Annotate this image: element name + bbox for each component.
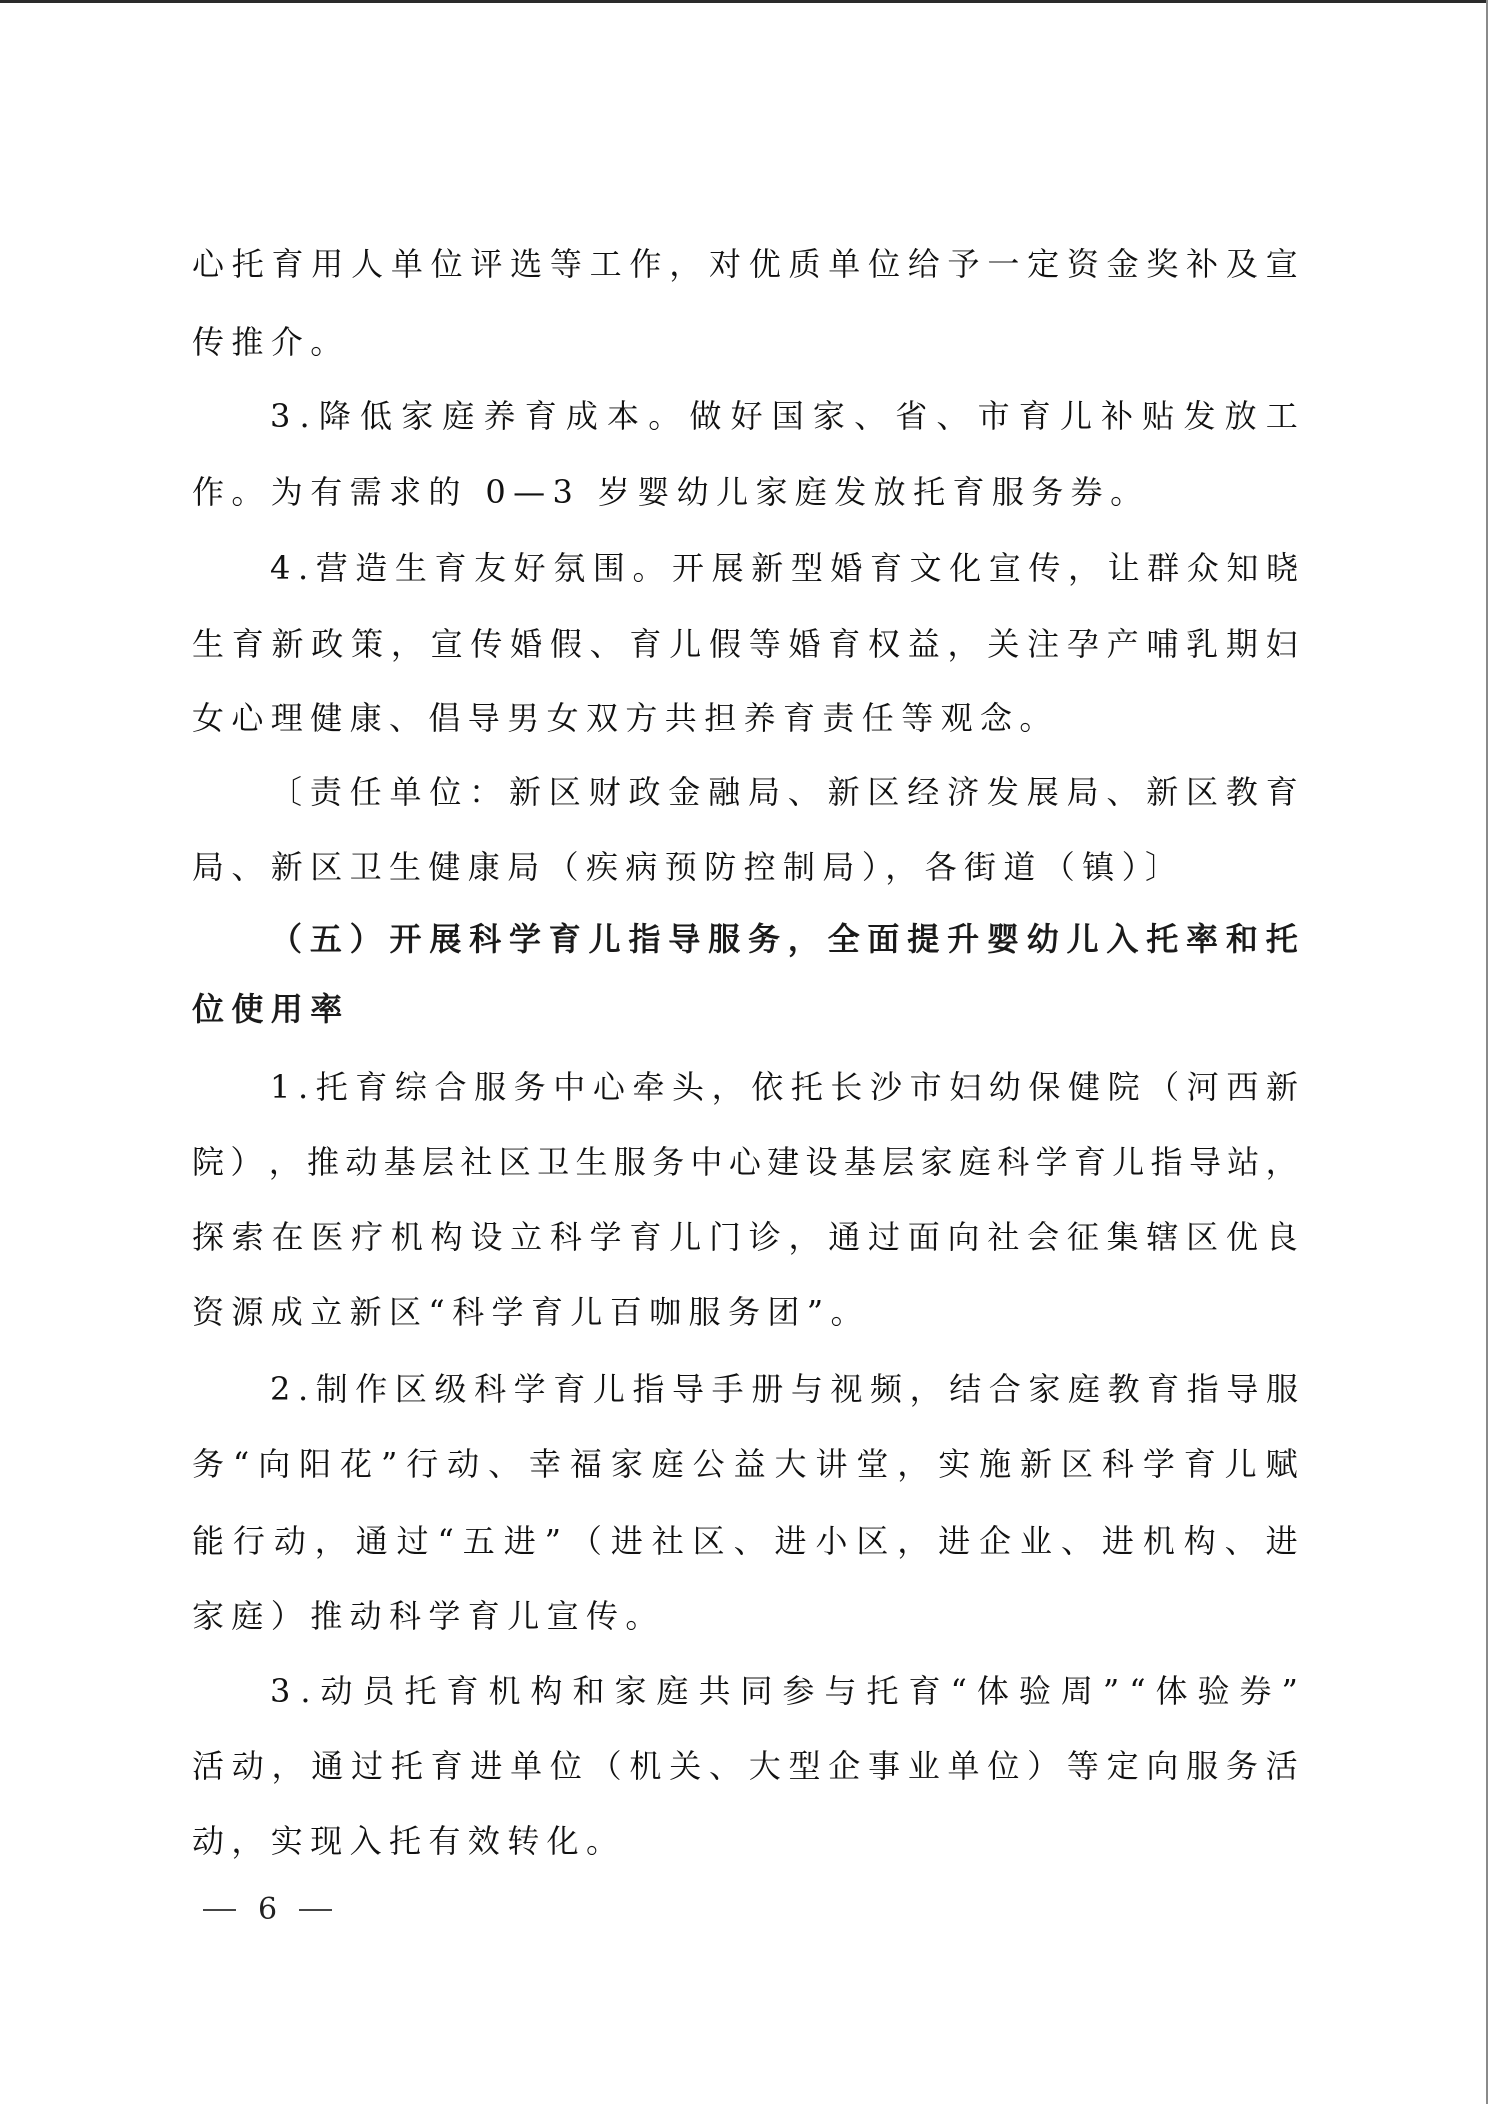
body-text-line: 务“向阳花”行动、幸福家庭公益大讲堂，实施新区科学育儿赋 <box>192 1442 1298 1486</box>
page-number-dash-right <box>299 1909 332 1911</box>
body-text-line: 院），推动基层社区卫生服务中心建设基层家庭科学育儿指导站， <box>192 1140 1298 1184</box>
responsible-units-line: 〔责任单位：新区财政金融局、新区经济发展局、新区教育 <box>270 770 1298 814</box>
list-item-3-line: 3.动员托育机构和家庭共同参与托育“体验周”“体验券” <box>270 1669 1298 1713</box>
list-item-2-line: 2.制作区级科学育儿指导手册与视频，结合家庭教育指导服 <box>270 1367 1298 1411</box>
body-text-line: 生育新政策，宣传婚假、育儿假等婚育权益，关注孕产哺乳期妇 <box>192 622 1298 666</box>
document-page: 心托育用人单位评选等工作，对优质单位给予一定资金奖补及宣 传推介。 3.降低家庭… <box>0 0 1488 2104</box>
body-text-line: 传推介。 <box>192 320 1298 364</box>
responsible-units-line: 局、新区卫生健康局（疾病预防控制局），各街道（镇）〕 <box>192 845 1298 889</box>
body-text-line: 女心理健康、倡导男女双方共担养育责任等观念。 <box>192 696 1298 740</box>
section-heading: 位使用率 <box>192 987 1298 1031</box>
body-text-line: 心托育用人单位评选等工作，对优质单位给予一定资金奖补及宣 <box>192 242 1298 286</box>
body-text-line: 作。为有需求的 0—3 岁婴幼儿家庭发放托育服务券。 <box>192 470 1298 514</box>
body-text-line: 探索在医疗机构设立科学育儿门诊，通过面向社会征集辖区优良 <box>192 1215 1298 1259</box>
page-number-value: 6 <box>258 1890 277 1930</box>
body-text-line: 能行动，通过“五进”（进社区、进小区，进企业、进机构、进 <box>192 1519 1298 1563</box>
body-text-line: 动，实现入托有效转化。 <box>192 1819 1298 1863</box>
section-heading: （五）开展科学育儿指导服务，全面提升婴幼儿入托率和托 <box>270 917 1298 961</box>
page-number: 6 <box>203 1890 332 1930</box>
body-text-line: 家庭）推动科学育儿宣传。 <box>192 1594 1298 1638</box>
list-item-1-line: 1.托育综合服务中心牵头，依托长沙市妇幼保健院（河西新 <box>270 1065 1298 1109</box>
list-item-3-line: 3.降低家庭养育成本。做好国家、省、市育儿补贴发放工 <box>270 394 1298 438</box>
page-number-dash-left <box>203 1909 236 1911</box>
body-text-line: 资源成立新区“科学育儿百咖服务团”。 <box>192 1290 1298 1334</box>
body-text-line: 活动，通过托育进单位（机关、大型企事业单位）等定向服务活 <box>192 1744 1298 1788</box>
list-item-4-line: 4.营造生育友好氛围。开展新型婚育文化宣传，让群众知晓 <box>270 546 1298 590</box>
